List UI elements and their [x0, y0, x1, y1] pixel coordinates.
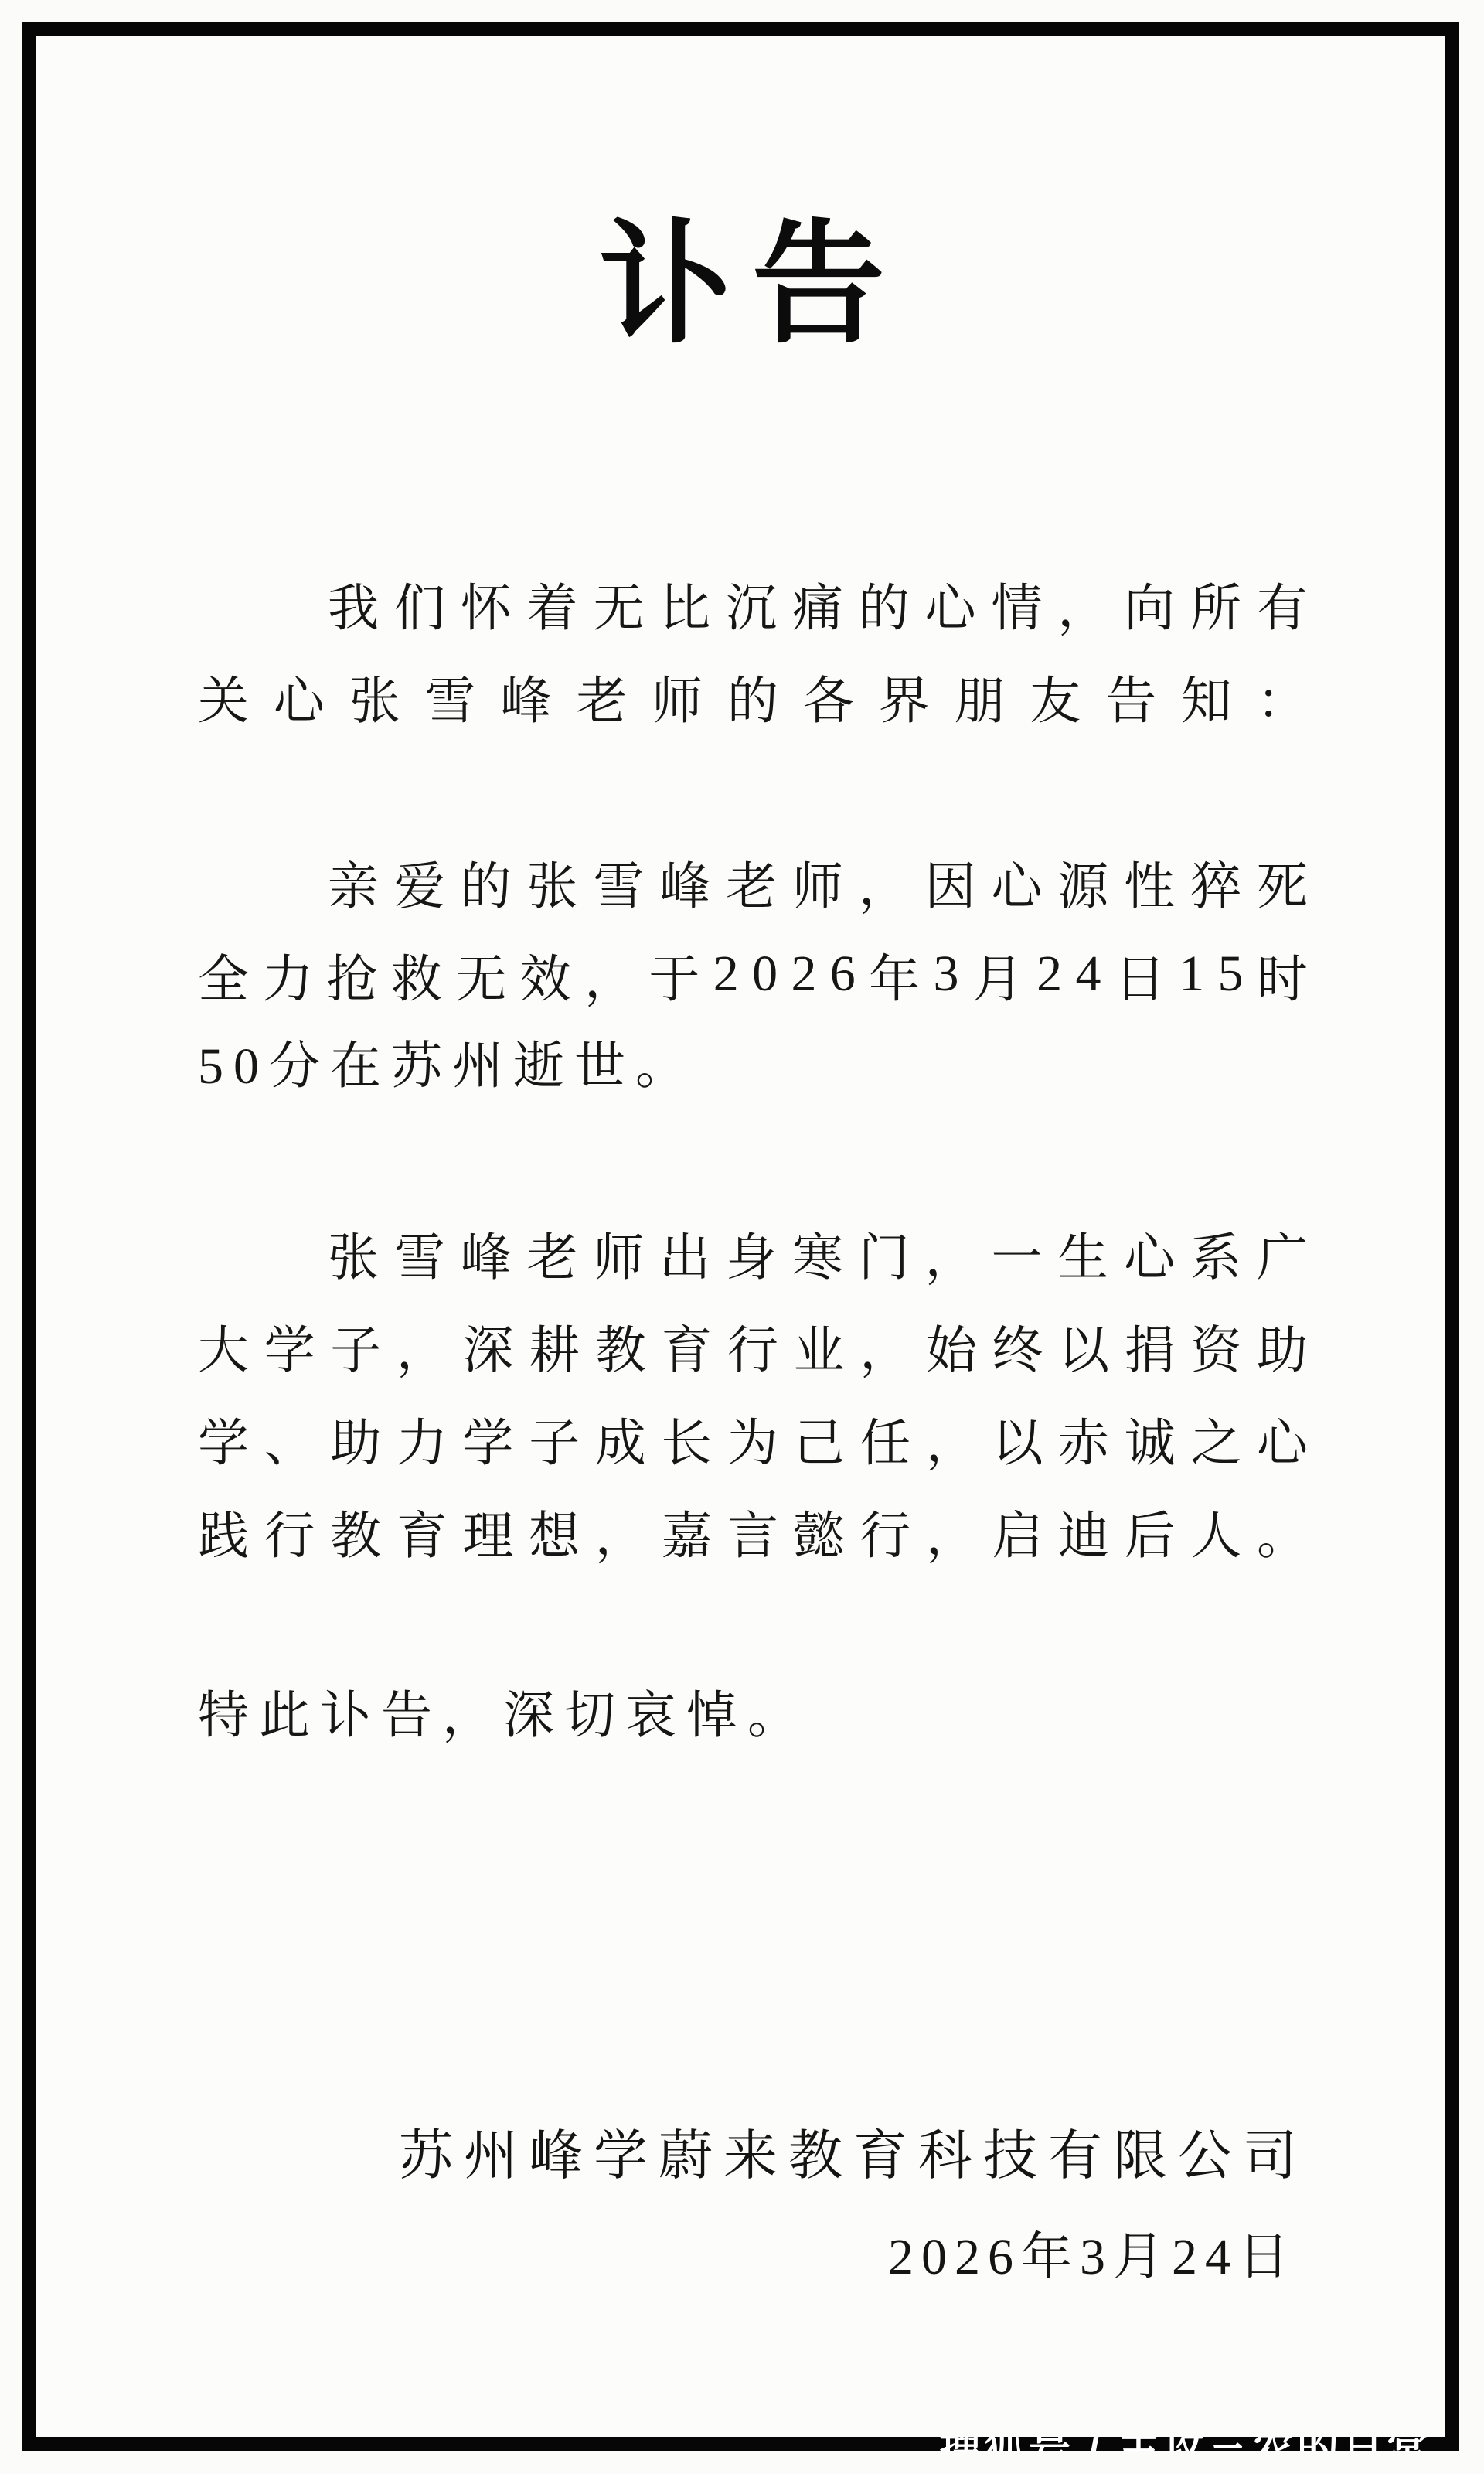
- paragraph-line: 50分在苏州逝世。: [198, 1021, 1308, 1113]
- paragraph-line: 大学子，深耕教育行业，始终以捐资助: [198, 1299, 1308, 1392]
- obituary-page: { "document": { "title": "讣告", "paragrap…: [0, 0, 1484, 2474]
- obituary-title: 讣告: [0, 207, 1484, 362]
- paragraph-line: 学、助力学子成长为己任，以赤诚之心: [198, 1392, 1308, 1484]
- watermark-text: 搜狐号 / 主攻三农的日常: [939, 2437, 1431, 2451]
- paragraph-line: 张雪峰老师出身寒门，一生心系广: [198, 1206, 1308, 1299]
- paragraph-line: 关心张雪峰老师的各界朋友告知：: [198, 649, 1308, 742]
- paragraph-gap: [198, 742, 1308, 835]
- date-line: 2026年3月24日: [198, 2211, 1308, 2304]
- paragraph-gap: [198, 1577, 1308, 1670]
- closing-line: 特此讣告，深切哀悼。: [198, 1670, 1308, 1763]
- watermark-band: 搜狐号 / 主攻三农的日常: [22, 2437, 1459, 2451]
- paragraph-line: 亲爱的张雪峰老师，因心源性猝死: [198, 835, 1308, 928]
- paragraph-line: 践行教育理想，嘉言懿行，启迪后人。: [198, 1484, 1308, 1577]
- paragraph-gap: [198, 1113, 1308, 1206]
- company-signature: 苏州峰学蔚来教育科技有限公司: [198, 2111, 1308, 2203]
- watermark-overflow-fragment: 搜狐号 / 主攻三农的日常: [1459, 2423, 1484, 2465]
- paragraph-line: 我们怀着无比沉痛的心情，向所有: [198, 557, 1308, 649]
- paragraph-line: 全力抢救无效，于2026年3月24日15时: [198, 928, 1308, 1021]
- obituary-body: 我们怀着无比沉痛的心情，向所有 关心张雪峰老师的各界朋友告知： 亲爱的张雪峰老师…: [198, 557, 1308, 1763]
